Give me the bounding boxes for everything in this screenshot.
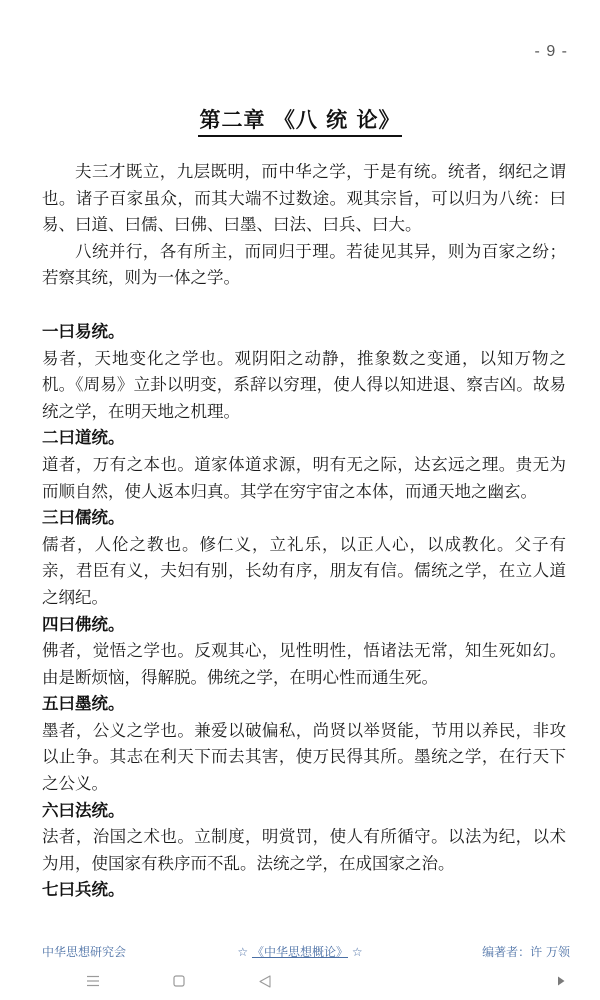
intro-paragraph: 夫三才既立，九层既明，而中华之学，于是有统。统者，纲纪之谓也。诸子百家虽众，而其… [42,159,566,239]
home-icon [173,975,185,987]
section-body: 道者，万有之本也。道家体道求源，明有无之际，达玄远之理。贵无为而顺自然，使人返本… [42,452,566,505]
section-heading: 六曰法统。 [42,798,566,825]
spacer [42,292,566,319]
home-button[interactable] [170,972,188,990]
section-body: 法者，治国之术也。立制度，明赏罚，使人有所循守。以法为纪，以术为用，使国家有秩序… [42,824,566,877]
section-heading: 一曰易统。 [42,319,566,346]
page-number: - 9 - [535,43,568,61]
star-icon: ☆ [237,945,248,959]
forward-button[interactable] [552,972,570,990]
section-heading: 七曰兵统。 [42,877,566,904]
section-body: 儒者，人伦之教也。修仁义，立礼乐，以正人心，以成教化。父子有亲，君臣有义，夫妇有… [42,532,566,612]
chapter-title-text: 第二章 《八 统 论》 [198,104,403,137]
intro-section: 夫三才既立，九层既明，而中华之学，于是有统。统者，纲纪之谓也。诸子百家虽众，而其… [42,159,566,292]
section-mo: 五曰墨统。 墨者，公义之学也。兼爱以破偏私，尚贤以举贤能，节用以养民，非攻以止争… [42,691,566,797]
footer-author: 编著者：许 万领 [482,943,570,960]
section-dao: 二曰道统。 道者，万有之本也。道家体道求源，明有无之际，达玄远之理。贵无为而顺自… [42,425,566,505]
section-ru: 三曰儒统。 儒者，人伦之教也。修仁义，立礼乐，以正人心，以成教化。父子有亲，君臣… [42,505,566,611]
menu-icon [86,975,100,987]
back-button[interactable] [256,972,274,990]
page-footer: 中华思想研究会 ☆ 《中华思想概论》 ☆ 编著者：许 万领 [0,943,600,963]
section-yi: 一曰易统。 易者，天地变化之学也。观阴阳之动静，推象数之变通，以知万物之机。《周… [42,319,566,425]
section-body: 佛者，觉悟之学也。反观其心，见性明性，悟诸法无常，知生死如幻。由是断烦恼，得解脱… [42,638,566,691]
section-heading: 五曰墨统。 [42,691,566,718]
section-heading: 四曰佛统。 [42,612,566,639]
section-body: 易者，天地变化之学也。观阴阳之动静，推象数之变通，以知万物之机。《周易》立卦以明… [42,346,566,426]
section-bing: 七曰兵统。 [42,877,566,904]
menu-button[interactable] [84,972,102,990]
section-heading: 三曰儒统。 [42,505,566,532]
section-heading: 二曰道统。 [42,425,566,452]
section-fa: 六曰法统。 法者，治国之术也。立制度，明赏罚，使人有所循守。以法为纪，以术为用，… [42,798,566,878]
document-body: 夫三才既立，九层既明，而中华之学，于是有统。统者，纲纪之谓也。诸子百家虽众，而其… [42,159,566,904]
forward-icon [557,976,565,986]
intro-paragraph: 八统并行，各有所主，而同归于理。若徒见其异，则为百家之纷；若察其统，则为一体之学… [42,239,566,292]
section-body: 墨者，公义之学也。兼爱以破偏私，尚贤以举贤能，节用以养民，非攻以止争。其志在利天… [42,718,566,798]
back-icon [259,975,271,988]
system-navbar [0,968,600,994]
star-icon: ☆ [352,945,363,959]
chapter-title: 第二章 《八 统 论》 [0,104,600,137]
book-title-link[interactable]: 《中华思想概论》 [252,945,348,959]
section-fo: 四曰佛统。 佛者，觉悟之学也。反观其心，见性明性，悟诸法无常，知生死如幻。由是断… [42,612,566,692]
